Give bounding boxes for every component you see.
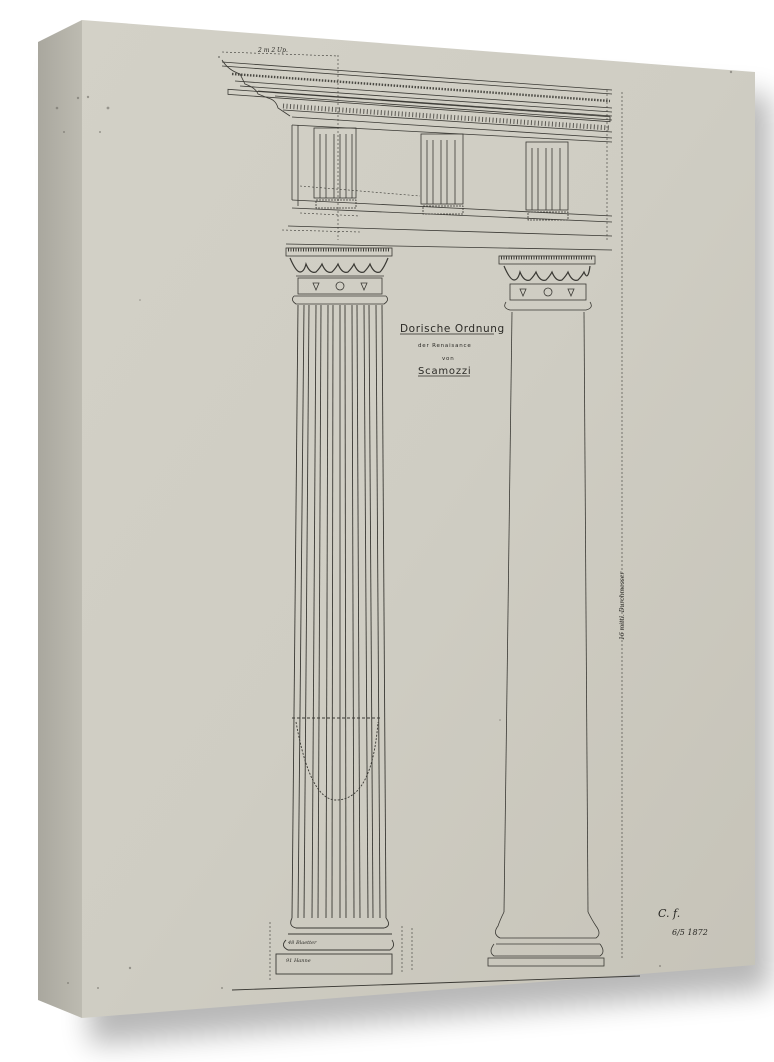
vertical-dimension-note: 16 mittl. Durchmesser [619, 571, 626, 640]
canvas-front-face [82, 20, 755, 1018]
subtitle-renaisance: der Renaisance [418, 343, 472, 349]
title-dorische-ordnung: Dorische Ordnung [400, 323, 505, 335]
author-scamozzi: Scamozzi [418, 366, 472, 377]
signature: C. f. [658, 907, 680, 920]
left-column-capital [286, 248, 392, 304]
base-note-lower: 91 Hanne [286, 958, 311, 964]
connector-von: von [442, 356, 455, 362]
canvas-print-image: Dorische Ordnung der Renaisance von Scam… [0, 0, 774, 1062]
canvas-side-edge [38, 20, 82, 1018]
canvas-print-svg: Dorische Ordnung der Renaisance von Scam… [0, 0, 774, 1062]
base-note-upper: 48 Blaetter [287, 940, 317, 946]
top-dimension-note: 2 m 2 Up. [257, 47, 288, 54]
date: 6/5 1872 [672, 928, 708, 937]
